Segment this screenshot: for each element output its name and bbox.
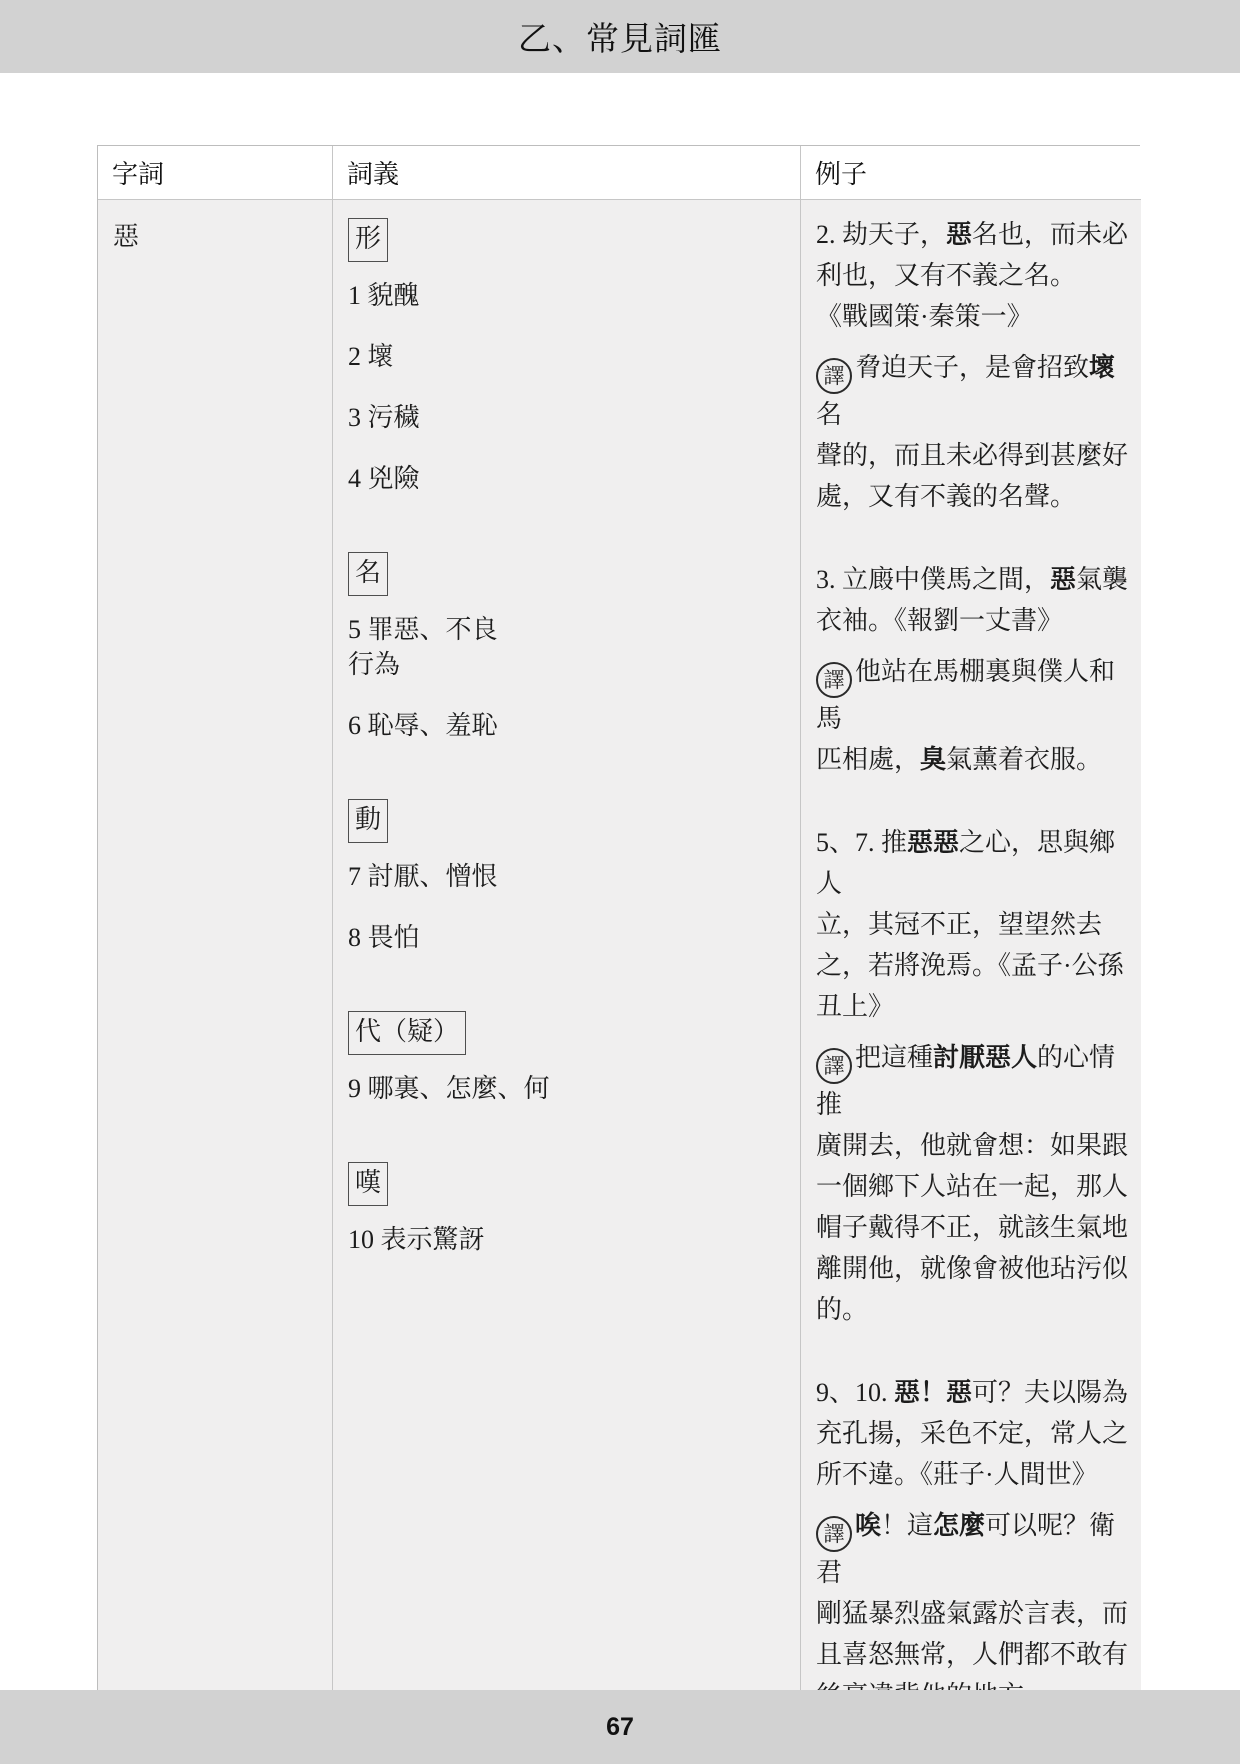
document-page: 乙、常見詞匯 字詞 詞義 例子 惡 形1 貌醜2 壞3 污穢4 兇險名5 罪惡、… <box>0 0 1240 1764</box>
example-source: 5、7. 推惡惡之心，思與鄉人 立，其冠不正，望望然去 之，若將浼焉。《孟子·公… <box>816 822 1129 1027</box>
translation-marker-icon: 譯 <box>816 1516 852 1552</box>
highlighted-term: 惡惡 <box>907 828 959 857</box>
highlighted-term: 唉 <box>855 1511 881 1540</box>
meaning-item: 7 討厭、憎恨 <box>348 859 788 894</box>
highlighted-term: 怎麼 <box>933 1511 985 1540</box>
column-header-word: 字詞 <box>98 146 333 200</box>
meaning-item: 6 恥辱、羞恥 <box>348 708 788 743</box>
highlighted-term: 討厭惡人 <box>933 1043 1037 1072</box>
example-text: 9、10. <box>816 1378 894 1407</box>
examples-cell: 2. 劫天子，惡名也，而未必 利也，又有不義之名。 《戰國策·秦策一》譯脅迫天子… <box>801 200 1141 1730</box>
meaning-item: 5 罪惡、不良 行為 <box>348 612 788 682</box>
pos-group: 動7 討厭、憎恨8 畏怕 <box>348 799 788 955</box>
word-entry: 惡 <box>113 222 139 251</box>
example-text: 氣薰着衣服。 <box>946 745 1102 774</box>
example-translation: 譯把這種討厭惡人的心情推 廣開去，他就會想：如果跟 一個鄉下人站在一起，那人 帽… <box>816 1037 1129 1330</box>
column-header-meaning: 詞義 <box>333 146 801 200</box>
example-text: 脅迫天子，是會招致 <box>855 353 1089 382</box>
pos-group: 名5 罪惡、不良 行為6 恥辱、羞恥 <box>348 552 788 743</box>
example-translation: 譯脅迫天子，是會招致壞名 聲的，而且未必得到甚麼好 處，又有不義的名聲。 <box>816 347 1129 517</box>
meanings-cell: 形1 貌醜2 壞3 污穢4 兇險名5 罪惡、不良 行為6 恥辱、羞恥動7 討厭、… <box>333 200 801 1730</box>
highlighted-term: 臭 <box>920 745 946 774</box>
vocabulary-table: 字詞 詞義 例子 惡 形1 貌醜2 壞3 污穢4 兇險名5 罪惡、不良 行為6 … <box>97 145 1140 1731</box>
example-text: 3. 立廄中僕馬之間， <box>816 565 1050 594</box>
highlighted-term: 惡 <box>946 220 972 249</box>
example-text: ！這 <box>881 1511 933 1540</box>
example-text: 可以呢？衛君 剛猛暴烈盛氣露於言表，而 且喜怒無常，人們都不敢有 絲毫違背他的地… <box>816 1511 1128 1710</box>
example-translation: 譯唉！這怎麼可以呢？衛君 剛猛暴烈盛氣露於言表，而 且喜怒無常，人們都不敢有 絲… <box>816 1505 1129 1716</box>
pos-tag-box: 形 <box>348 218 388 262</box>
page-number: 67 <box>606 1713 634 1742</box>
translation-marker-icon: 譯 <box>816 358 852 394</box>
pos-tag-box: 名 <box>348 552 388 596</box>
example-source: 2. 劫天子，惡名也，而未必 利也，又有不義之名。 《戰國策·秦策一》 <box>816 214 1129 337</box>
example-text: 把這種 <box>855 1043 933 1072</box>
translation-marker-icon: 譯 <box>816 662 852 698</box>
meaning-item: 3 污穢 <box>348 400 788 435</box>
page-footer-bar: 67 <box>0 1690 1240 1764</box>
word-cell: 惡 <box>98 200 333 1730</box>
highlighted-term: 壞 <box>1089 353 1115 382</box>
example-text: 的心情推 廣開去，他就會想：如果跟 一個鄉下人站在一起，那人 帽子戴得不正，就該… <box>816 1043 1128 1324</box>
meaning-item: 2 壞 <box>348 339 788 374</box>
example-source: 9、10. 惡！惡可？夫以陽為 充孔揚，采色不定，常人之 所不違。《莊子·人間世… <box>816 1372 1129 1495</box>
pos-group: 嘆10 表示驚訝 <box>348 1162 788 1257</box>
highlighted-term: 惡 <box>1050 565 1076 594</box>
pos-tag-box: 動 <box>348 799 388 843</box>
highlighted-term: 惡！惡 <box>894 1378 972 1407</box>
page-title: 乙、常見詞匯 <box>518 13 722 60</box>
translation-marker-icon: 譯 <box>816 1048 852 1084</box>
pos-tag-box: 嘆 <box>348 1162 388 1206</box>
meaning-item: 10 表示驚訝 <box>348 1222 788 1257</box>
pos-group: 形1 貌醜2 壞3 污穢4 兇險 <box>348 218 788 496</box>
meaning-item: 4 兇險 <box>348 461 788 496</box>
pos-tag-box: 代（疑） <box>348 1011 466 1055</box>
example-text: 2. 劫天子， <box>816 220 946 249</box>
meaning-item: 1 貌醜 <box>348 278 788 313</box>
example-text: 名 聲的，而且未必得到甚麼好 處，又有不義的名聲。 <box>816 400 1128 511</box>
example-text: 5、7. 推 <box>816 828 907 857</box>
pos-group: 代（疑）9 哪裏、怎麼、何 <box>348 1011 788 1106</box>
example-source: 3. 立廄中僕馬之間，惡氣襲 衣袖。《報劉一丈書》 <box>816 559 1129 641</box>
meaning-item: 9 哪裏、怎麼、何 <box>348 1071 788 1106</box>
column-header-example: 例子 <box>801 146 1141 200</box>
page-header-bar: 乙、常見詞匯 <box>0 0 1240 73</box>
example-translation: 譯他站在馬棚裏與僕人和馬 匹相處，臭氣薰着衣服。 <box>816 651 1129 780</box>
meaning-item: 8 畏怕 <box>348 920 788 955</box>
